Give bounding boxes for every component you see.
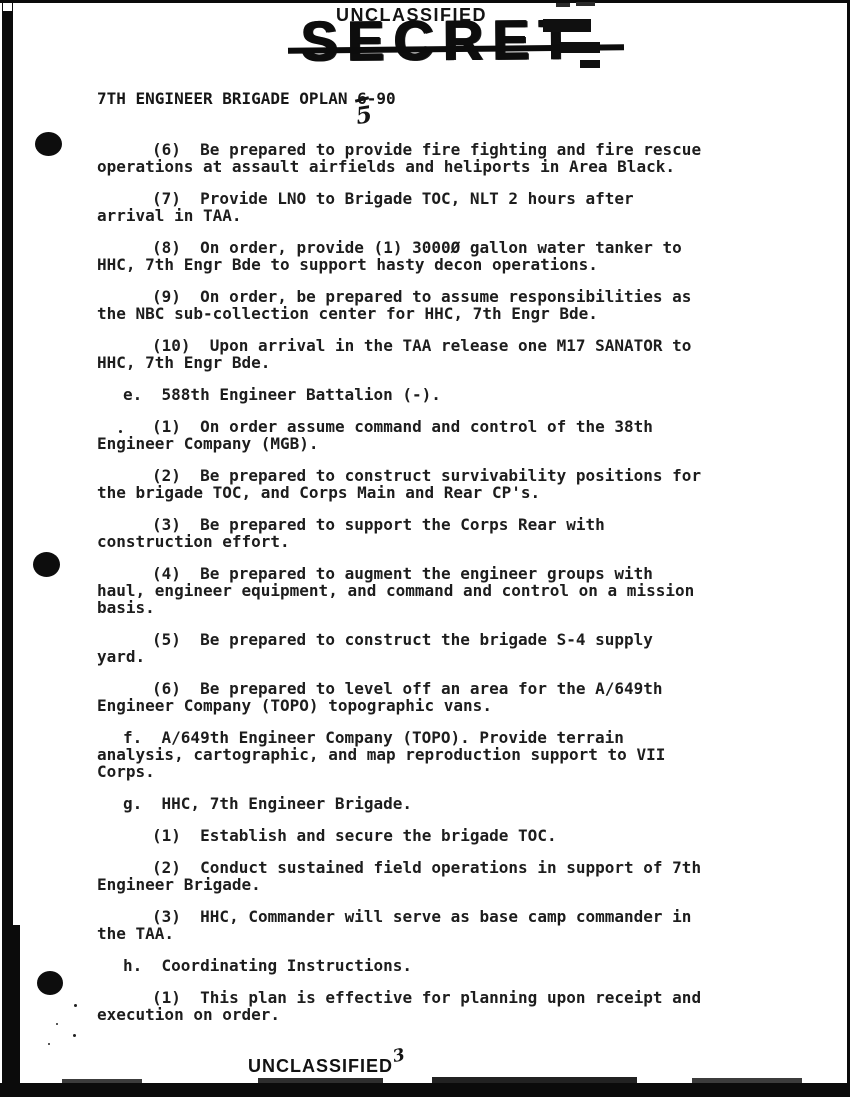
scan-smudge (692, 1078, 802, 1083)
text-line: basis. (97, 599, 777, 616)
stamp-smudge (576, 2, 595, 6)
scan-speckle (74, 1004, 77, 1007)
text-line: the TAA. (97, 925, 777, 942)
text-line: (9) On order, be prepared to assume resp… (97, 288, 777, 305)
text-line: (3) HHC, Commander will serve as base ca… (97, 908, 777, 925)
paragraph: (1) This plan is effective for planning … (97, 989, 777, 1023)
paragraph: g. HHC, 7th Engineer Brigade. (97, 795, 777, 812)
text-line: (1) Establish and secure the brigade TOC… (97, 827, 777, 844)
text-line: Corps. (97, 763, 777, 780)
paragraph: e. 588th Engineer Battalion (-). (97, 386, 777, 403)
text-line: HHC, 7th Engr Bde to support hasty decon… (97, 256, 777, 273)
paragraph: (2) Be prepared to construct survivabili… (97, 467, 777, 501)
scan-speckle (48, 1043, 50, 1045)
text-line: (4) Be prepared to augment the engineer … (97, 565, 777, 582)
text-line: (5) Be prepared to construct the brigade… (97, 631, 777, 648)
text-line: (3) Be prepared to support the Corps Rea… (97, 516, 777, 533)
text-line: haul, engineer equipment, and command an… (97, 582, 777, 599)
hole-punch-mark (33, 552, 60, 577)
text-line: arrival in TAA. (97, 207, 777, 224)
scan-speckle (73, 1034, 76, 1037)
stamp-smudge (556, 3, 570, 7)
paragraph: (4) Be prepared to augment the engineer … (97, 565, 777, 616)
text-line: Engineer Company (TOPO) topographic vans… (97, 697, 777, 714)
classification-footer: UNCLASSIFIED (248, 1056, 393, 1077)
text-line: (8) On order, provide (1) 3000Ø gallon w… (97, 239, 777, 256)
document-title: 7TH ENGINEER BRIGADE OPLAN 6-90 (97, 89, 396, 108)
stamp-smudge (580, 60, 600, 68)
text-line: f. A/649th Engineer Company (TOPO). Prov… (97, 729, 777, 746)
paragraph: (6) Be prepared to provide fire fighting… (97, 141, 777, 175)
paragraph: (3) Be prepared to support the Corps Rea… (97, 516, 777, 550)
text-line: (1) On order assume command and control … (97, 418, 777, 435)
title-prefix: 7TH ENGINEER BRIGADE OPLAN (97, 89, 357, 108)
text-line: (7) Provide LNO to Brigade TOC, NLT 2 ho… (97, 190, 777, 207)
paragraph: (2) Conduct sustained field operations i… (97, 859, 777, 893)
scan-bar-bottom (0, 1083, 850, 1097)
scan-bar-left-bottom (2, 925, 20, 1097)
paragraph: f. A/649th Engineer Company (TOPO). Prov… (97, 729, 777, 780)
text-line: yard. (97, 648, 777, 665)
text-line: the brigade TOC, and Corps Main and Rear… (97, 484, 777, 501)
paragraph: (9) On order, be prepared to assume resp… (97, 288, 777, 322)
text-line: (10) Upon arrival in the TAA release one… (97, 337, 777, 354)
stamp-smudge (560, 42, 600, 53)
text-line: g. HHC, 7th Engineer Brigade. (97, 795, 777, 812)
paragraph: (6) Be prepared to level off an area for… (97, 680, 777, 714)
paragraph: (5) Be prepared to construct the brigade… (97, 631, 777, 665)
text-line: execution on order. (97, 1006, 777, 1023)
text-line: e. 588th Engineer Battalion (-). (97, 386, 777, 403)
scan-smudge (62, 1079, 142, 1083)
text-line: h. Coordinating Instructions. (97, 957, 777, 974)
paragraph: (3) HHC, Commander will serve as base ca… (97, 908, 777, 942)
text-line: HHC, 7th Engr Bde. (97, 354, 777, 371)
scan-edge-top (0, 0, 850, 3)
paragraph: (10) Upon arrival in the TAA release one… (97, 337, 777, 371)
text-line: Engineer Company (MGB). (97, 435, 777, 452)
paragraph: h. Coordinating Instructions. (97, 957, 777, 974)
text-line: the NBC sub-collection center for HHC, 7… (97, 305, 777, 322)
scan-speckle (56, 1023, 58, 1025)
text-line: construction effort. (97, 533, 777, 550)
title-suffix: -90 (367, 89, 396, 108)
hole-punch-mark (35, 132, 62, 156)
handwritten-page-number: 3 (391, 1045, 407, 1067)
scan-smudge (432, 1077, 637, 1083)
scan-bar-notch (3, 3, 12, 11)
text-line: (6) Be prepared to provide fire fighting… (97, 141, 777, 158)
document-body: (6) Be prepared to provide fire fighting… (97, 141, 777, 1038)
paragraph: (8) On order, provide (1) 3000Ø gallon w… (97, 239, 777, 273)
text-line: (6) Be prepared to level off an area for… (97, 680, 777, 697)
text-line: (2) Be prepared to construct survivabili… (97, 467, 777, 484)
paragraph: (1) On order assume command and control … (97, 418, 777, 452)
hole-punch-mark (37, 971, 63, 995)
scan-smudge (258, 1078, 383, 1083)
document-page: UNCLASSIFIED SECRET 7TH ENGINEER BRIGADE… (0, 0, 850, 1097)
paragraph: (1) Establish and secure the brigade TOC… (97, 827, 777, 844)
text-line: (1) This plan is effective for planning … (97, 989, 777, 1006)
stamp-smudge (543, 19, 591, 32)
text-line: analysis, cartographic, and map reproduc… (97, 746, 777, 763)
text-line: operations at assault airfields and heli… (97, 158, 777, 175)
text-line: (2) Conduct sustained field operations i… (97, 859, 777, 876)
text-line: Engineer Brigade. (97, 876, 777, 893)
paragraph: (7) Provide LNO to Brigade TOC, NLT 2 ho… (97, 190, 777, 224)
